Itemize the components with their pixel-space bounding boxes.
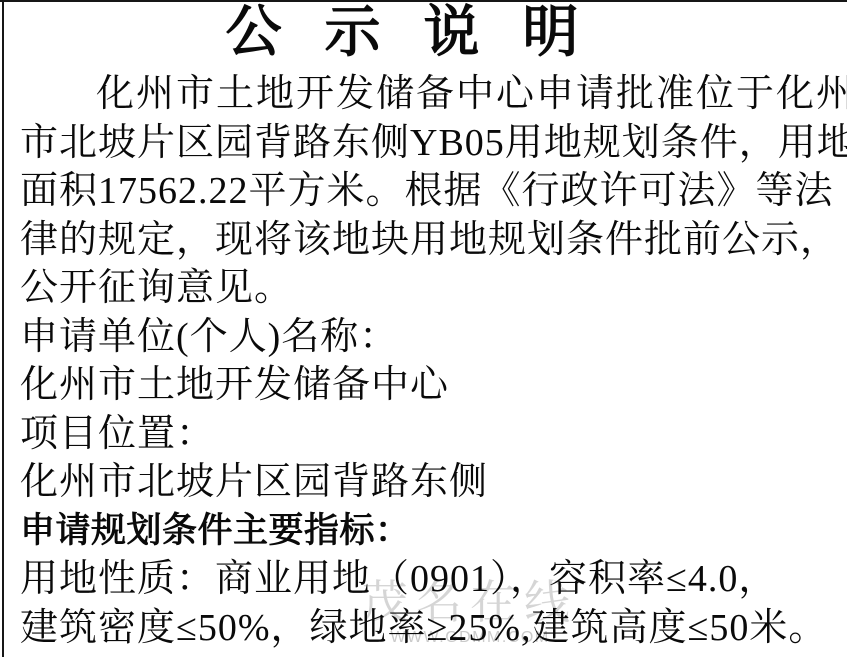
page-title: 公示说明 xyxy=(0,0,847,66)
project-location-label-line: 项目位置： xyxy=(20,410,841,459)
planning-indicators-heading: 申请规划条件主要指标： xyxy=(20,507,841,556)
applicant-name-line: 化州市土地开发储备中心 xyxy=(20,361,841,410)
land-use-line: 用地性质：商业用地（0901），容积率≤4.0， xyxy=(20,555,841,604)
public-notice-document: 公示说明 化州市土地开发储备中心申请批准位于化州 市北坡片区园背路东侧YB05用… xyxy=(0,0,847,657)
text-line: 面积17562.22平方米。根据《行政许可法》等法 xyxy=(20,167,841,216)
applicant-label-line: 申请单位(个人)名称： xyxy=(20,313,841,362)
text-line: 化州市土地开发储备中心申请批准位于化州 xyxy=(20,70,841,119)
text-line: 市北坡片区园背路东侧YB05用地规划条件，用地 xyxy=(20,119,841,168)
notice-body: 化州市土地开发储备中心申请批准位于化州 市北坡片区园背路东侧YB05用地规划条件… xyxy=(20,66,841,652)
text-line: 律的规定，现将该地块用地规划条件批前公示， xyxy=(20,216,841,265)
text-line: 公开征询意见。 xyxy=(20,264,841,313)
left-border-line xyxy=(2,0,4,657)
density-line: 建筑密度≤50%，绿地率≥25%,建筑高度≤50米。 xyxy=(20,604,841,653)
project-location-line: 化州市北坡片区园背路东侧 xyxy=(20,458,841,507)
